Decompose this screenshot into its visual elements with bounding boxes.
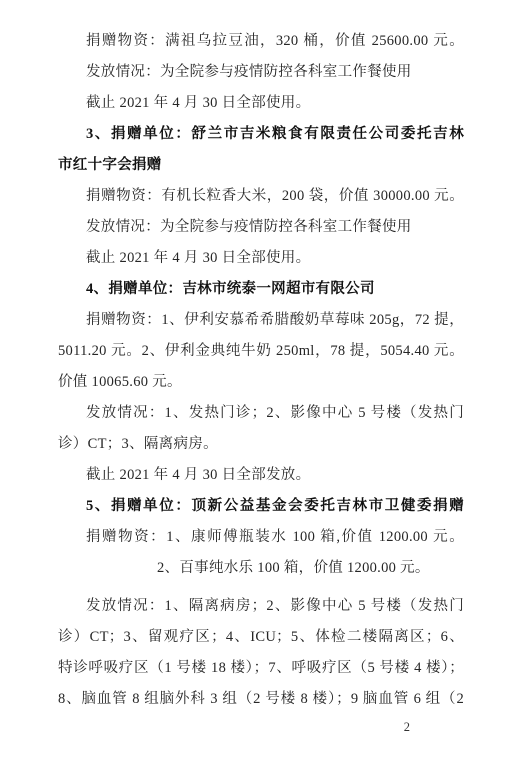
donation-unit-heading: 市红十字会捐赠 — [58, 150, 464, 181]
page-number: 2 — [58, 720, 464, 735]
doc-line: 诊）CT；3、留观疗区；4、ICU；5、体检二楼隔离区；6、 — [58, 622, 464, 653]
doc-line: 捐赠物资：有机长粒香大米，200 袋，价值 30000.00 元。 — [58, 181, 464, 212]
doc-line: 发放情况：1、隔离病房；2、影像中心 5 号楼（发热门 — [58, 591, 464, 622]
doc-line: 特诊呼吸疗区（1 号楼 18 楼）；7、呼吸疗区（5 号楼 4 楼）； — [58, 653, 464, 684]
doc-line: 8、脑血管 8 组脑外科 3 组（2 号楼 8 楼）；9 脑血管 6 组（2 — [58, 684, 464, 715]
doc-line: 发放情况：1、发热门诊；2、影像中心 5 号楼（发热门 — [58, 398, 464, 429]
doc-line: 诊）CT；3、隔离病房。 — [58, 429, 464, 460]
doc-line: 捐赠物资：满祖乌拉豆油，320 桶，价值 25600.00 元。 — [58, 26, 464, 57]
doc-line: 捐赠物资：1、康师傅瓶装水 100 箱,价值 1200.00 元。 — [58, 522, 464, 553]
doc-line: 发放情况：为全院参与疫情防控各科室工作餐使用 — [58, 212, 464, 243]
document-page: 捐赠物资：满祖乌拉豆油，320 桶，价值 25600.00 元。 发放情况：为全… — [0, 0, 524, 735]
doc-line: 2、百事纯水乐 100 箱，价值 1200.00 元。 — [58, 553, 464, 584]
doc-line: 价值 10065.60 元。 — [58, 367, 464, 398]
doc-line: 捐赠物资：1、伊利安慕希希腊酸奶草莓味 205g，72 提， — [58, 305, 464, 336]
donation-unit-heading: 3、捐赠单位：舒兰市吉米粮食有限责任公司委托吉林 — [58, 119, 464, 150]
doc-line: 5011.20 元。2、伊利金典纯牛奶 250ml，78 提，5054.40 元… — [58, 336, 464, 367]
doc-line: 截止 2021 年 4 月 30 日全部使用。 — [58, 88, 464, 119]
doc-line: 截止 2021 年 4 月 30 日全部发放。 — [58, 460, 464, 491]
doc-line: 截止 2021 年 4 月 30 日全部使用。 — [58, 243, 464, 274]
donation-unit-heading: 5、捐赠单位：顶新公益基金会委托吉林市卫健委捐赠 — [58, 491, 464, 522]
doc-line: 发放情况：为全院参与疫情防控各科室工作餐使用 — [58, 57, 464, 88]
donation-unit-heading: 4、捐赠单位：吉林市统泰一网超市有限公司 — [58, 274, 464, 305]
